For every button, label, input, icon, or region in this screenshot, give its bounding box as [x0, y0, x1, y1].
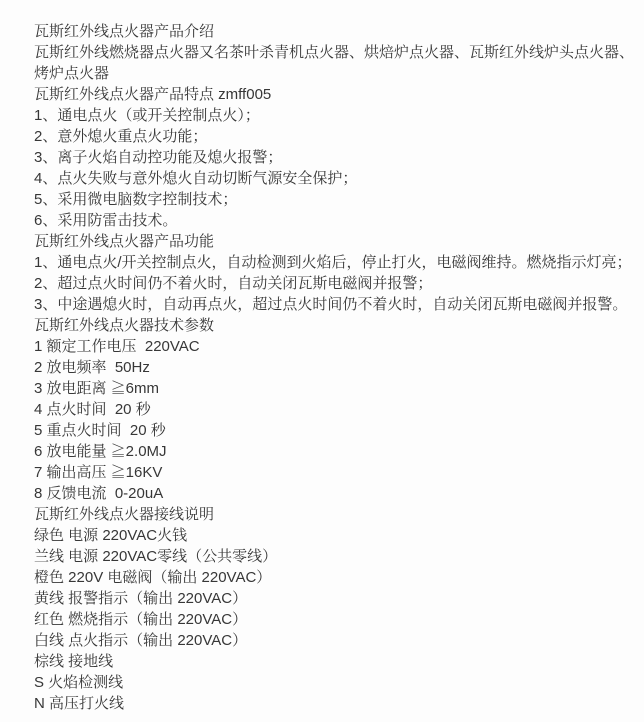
section-wiring: 瓦斯红外线点火器接线说明 绿色 电源 220VAC火钱 兰线 电源 220VAC… — [34, 504, 628, 714]
wiring-row: 棕线 接地线 — [34, 651, 628, 672]
param-row: 1 额定工作电压 220VAC — [34, 336, 628, 357]
param-row: 4 点火时间 20 秒 — [34, 399, 628, 420]
section-intro: 瓦斯红外线点火器产品介绍 瓦斯红外线燃烧器点火器又名茶叶杀青机点火器、烘焙炉点火… — [34, 21, 628, 84]
wiring-row: 红色 燃烧指示（输出 220VAC） — [34, 609, 628, 630]
wiring-row: S 火焰检测线 — [34, 672, 628, 693]
param-row: 3 放电距离 ≧6mm — [34, 378, 628, 399]
wiring-row: 兰线 电源 220VAC零线（公共零线） — [34, 546, 628, 567]
feature-item: 2、意外熄火重点火功能； — [34, 126, 628, 147]
intro-title: 瓦斯红外线点火器产品介绍 — [34, 21, 628, 42]
param-row: 2 放电频率 50Hz — [34, 357, 628, 378]
feature-item: 1、通电点火（或开关控制点火）； — [34, 105, 628, 126]
function-item: 1、通电点火/开关控制点火，自动检测到火焰后，停止打火，电磁阀维持。燃烧指示灯亮… — [34, 252, 628, 273]
param-row: 8 反馈电流 0-20uA — [34, 483, 628, 504]
wiring-row: 橙色 220V 电磁阀（输出 220VAC） — [34, 567, 628, 588]
feature-item: 5、采用微电脑数字控制技术； — [34, 189, 628, 210]
param-row: 5 重点火时间 20 秒 — [34, 420, 628, 441]
wiring-row: 黄线 报警指示（输出 220VAC） — [34, 588, 628, 609]
intro-line: 烤炉点火器 — [34, 63, 628, 84]
feature-item: 3、离子火焰自动控功能及熄火报警； — [34, 147, 628, 168]
features-heading: 瓦斯红外线点火器产品特点 zmff005 — [34, 84, 628, 105]
param-row: 7 输出高压 ≧16KV — [34, 462, 628, 483]
wiring-heading: 瓦斯红外线点火器接线说明 — [34, 504, 628, 525]
function-item: 3、中途遇熄火时，自动再点火，超过点火时间仍不着火时，自动关闭瓦斯电磁阀并报警。 — [34, 294, 628, 315]
functions-heading: 瓦斯红外线点火器产品功能 — [34, 231, 628, 252]
section-tech-params: 瓦斯红外线点火器技术参数 1 额定工作电压 220VAC 2 放电频率 50Hz… — [34, 315, 628, 504]
tech-params-heading: 瓦斯红外线点火器技术参数 — [34, 315, 628, 336]
feature-item: 4、点火失败与意外熄火自动切断气源安全保护； — [34, 168, 628, 189]
wiring-row: 白线 点火指示（输出 220VAC） — [34, 630, 628, 651]
function-item: 2、超过点火时间仍不着火时，自动关闭瓦斯电磁阀并报警； — [34, 273, 628, 294]
intro-line: 瓦斯红外线燃烧器点火器又名茶叶杀青机点火器、烘焙炉点火器、瓦斯红外线炉头点火器、 — [34, 42, 628, 63]
section-functions: 瓦斯红外线点火器产品功能 1、通电点火/开关控制点火，自动检测到火焰后，停止打火… — [34, 231, 628, 315]
section-features: 瓦斯红外线点火器产品特点 zmff005 1、通电点火（或开关控制点火）； 2、… — [34, 84, 628, 231]
feature-item: 6、采用防雷击技术。 — [34, 210, 628, 231]
wiring-row: N 高压打火线 — [34, 693, 628, 714]
wiring-row: 绿色 电源 220VAC火钱 — [34, 525, 628, 546]
param-row: 6 放电能量 ≧2.0MJ — [34, 441, 628, 462]
document-page: 瓦斯红外线点火器产品介绍 瓦斯红外线燃烧器点火器又名茶叶杀青机点火器、烘焙炉点火… — [0, 0, 644, 722]
